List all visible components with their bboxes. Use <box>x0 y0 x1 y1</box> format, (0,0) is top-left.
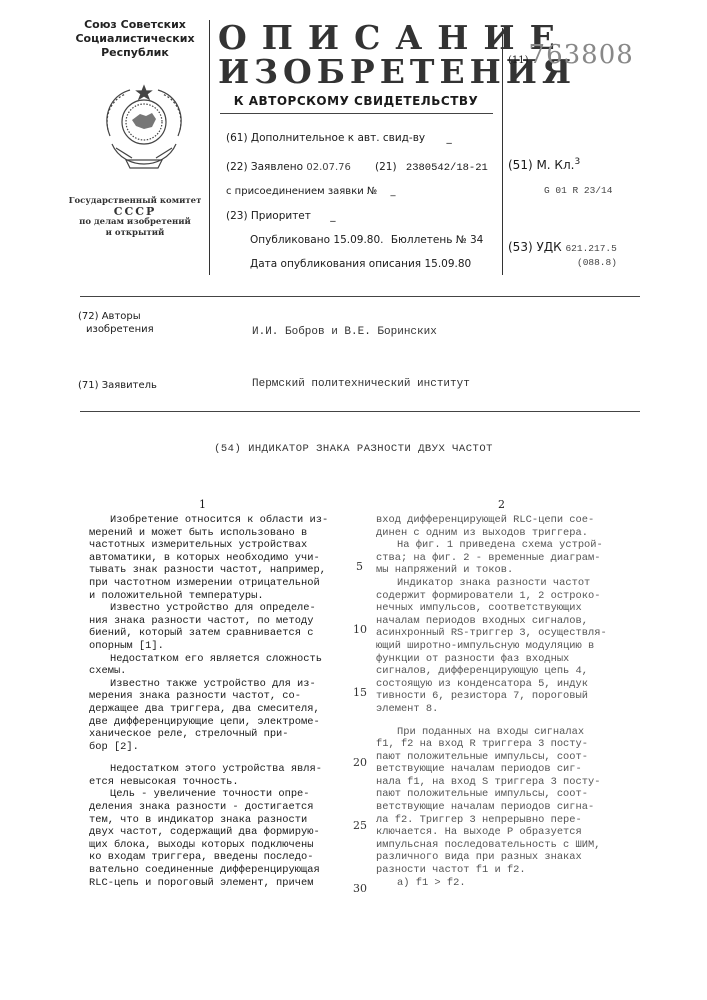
field-22: (22) Заявлено 02.07.76 <box>226 160 351 175</box>
left-line: тем, что в индикатор знака разности <box>89 814 328 827</box>
right-line: На фиг. 1 приведена схема устрой- <box>376 539 607 552</box>
patent-number: (11)763808 <box>508 40 634 70</box>
bulletin-label: Бюллетень № <box>391 234 467 246</box>
union-line-2: Социалистических <box>60 32 210 46</box>
ussr-emblem-icon <box>96 76 192 176</box>
field-51: (51) М. Кл.3 <box>508 155 580 172</box>
right-line: началам периодов входных сигналов, <box>376 615 607 628</box>
left-line: Недостатком этого устройства явля- <box>89 763 328 776</box>
right-line: сигналов, дифференцирующую цепь 4, <box>376 665 607 678</box>
right-line: ветствующие началам периодов сиг- <box>376 763 607 776</box>
field-72-label-line-2: изобретения <box>78 323 154 336</box>
column-number-2: 2 <box>498 498 505 511</box>
left-line <box>89 753 328 763</box>
right-line <box>376 716 607 726</box>
right-line: ющий широтно-импульсную модуляцию в <box>376 640 607 653</box>
joined-application-value: _ <box>391 186 396 197</box>
left-line: биений, который затем сравнивается с <box>89 627 328 640</box>
field-71-label: (71) Заявитель <box>78 379 157 392</box>
joined-application-label: с присоединением заявки № <box>226 186 377 197</box>
field-description-date: Дата опубликования описания 15.09.80 <box>250 257 471 271</box>
line-number-15: 15 <box>353 686 367 699</box>
field-53-value-1: 621.217.5 <box>565 243 616 254</box>
right-line: ла f2. Триггер 3 непрерывно пере- <box>376 814 607 827</box>
subtitle-underline <box>220 113 493 114</box>
left-line: мерения знака разности частот, со- <box>89 690 328 703</box>
right-line: разности частот f1 и f2. <box>376 864 607 877</box>
left-line: двух частот, содержащий два формирую- <box>89 826 328 839</box>
right-line: ветствующие началам периодов сигна- <box>376 801 607 814</box>
right-line: асинхронный RS-триггер 3, осуществля- <box>376 627 607 640</box>
right-line: пают положительные импульсы, соот- <box>376 751 607 764</box>
line-number-5: 5 <box>356 560 363 573</box>
left-line: две дифференцирующие цепи, электроме- <box>89 716 328 729</box>
patent-number-code: (11) <box>508 55 529 66</box>
left-line: ко входам триггера, введены последо- <box>89 851 328 864</box>
left-line: держащее два триггера, два смесителя, <box>89 703 328 716</box>
left-line: Известно устройство для определе- <box>89 602 328 615</box>
left-line: и положительной температуры. <box>89 590 328 603</box>
right-line: ства; на фиг. 2 - временные диаграм- <box>376 552 607 565</box>
field-22-value: 02.07.76 <box>306 162 351 173</box>
document-subtitle: К АВТОРСКОМУ СВИДЕТЕЛЬСТВУ <box>222 94 490 108</box>
left-line: деления знака разности - достигается <box>89 801 328 814</box>
separator-bottom <box>80 411 640 412</box>
union-line-1: Союз Советских <box>60 18 210 32</box>
field-22-label: (22) Заявлено <box>226 161 303 173</box>
union-line-3: Республик <box>60 46 210 60</box>
committee-line-3: по делам изобретений <box>62 217 208 228</box>
line-number-20: 20 <box>353 756 367 769</box>
field-61: (61) Дополнительное к авт. свид-ву _ <box>226 131 452 145</box>
issuing-state: Союз Советских Социалистических Республи… <box>60 18 210 60</box>
field-51-edition: 3 <box>574 157 580 167</box>
patent-number-value: 763808 <box>529 40 634 70</box>
right-line: мы напряжений и токов. <box>376 564 607 577</box>
right-line: а) f1 > f2. <box>376 877 607 890</box>
authors: И.И. Бобров и В.Е. Боринских <box>252 326 437 338</box>
right-line: пают положительные импульсы, соот- <box>376 788 607 801</box>
published-label: Опубликовано <box>250 234 330 246</box>
field-23-label: (23) Приоритет <box>226 210 311 222</box>
field-21: (21) 2380542/18-21 <box>375 160 488 175</box>
field-53-value-2: (088.8) <box>577 257 617 268</box>
right-line: При поданных на входы сигналах <box>376 726 607 739</box>
field-joined-application: с присоединением заявки № _ <box>226 185 396 199</box>
separator-top <box>80 296 640 297</box>
field-53: (53) УДК 621.217.5 <box>508 240 617 256</box>
field-61-label: (61) Дополнительное к авт. свид-ву <box>226 132 425 144</box>
left-line: ния знака разности частот, по методу <box>89 615 328 628</box>
field-51-label: (51) М. Кл. <box>508 158 574 172</box>
field-23-value: _ <box>330 210 335 222</box>
text-column-left: Изобретение относится к области из-мерен… <box>89 514 328 889</box>
left-line: при частотном измерении отрицательной <box>89 577 328 590</box>
text-column-right: вход дифференцирующей RLC-цепи сое-динен… <box>376 514 607 889</box>
right-line: нала f1, на вход S триггера 3 посту- <box>376 776 607 789</box>
right-line: ключается. На выходе P образуется <box>376 826 607 839</box>
line-number-10: 10 <box>353 623 367 636</box>
field-51-value: G 01 R 23/14 <box>544 185 612 196</box>
right-line: вход дифференцирующей RLC-цепи сое- <box>376 514 607 527</box>
left-line: Цель - увеличение точности опре- <box>89 788 328 801</box>
field-61-value: _ <box>446 132 451 144</box>
right-line: элемент 8. <box>376 703 607 716</box>
right-line: тивности 6, резистора 7, пороговый <box>376 690 607 703</box>
left-line: RLC-цепь и пороговый элемент, причем <box>89 877 328 890</box>
left-line: Недостатком его является сложность <box>89 653 328 666</box>
right-line: динен с одним из выходов триггера. <box>376 527 607 540</box>
invention-title: (54) ИНДИКАТОР ЗНАКА РАЗНОСТИ ДВУХ ЧАСТО… <box>0 443 707 455</box>
left-line: Изобретение относится к области из- <box>89 514 328 527</box>
committee-line-4: и открытий <box>62 228 208 239</box>
line-number-30: 30 <box>353 882 367 895</box>
description-date-label: Дата опубликования описания <box>250 258 421 270</box>
right-line: состоящую из конденсатора 5, индук <box>376 678 607 691</box>
right-line: функции от разности фаз входных <box>376 653 607 666</box>
committee-line-2: СССР <box>62 207 208 218</box>
applicant: Пермский политехнический институт <box>252 378 470 390</box>
right-line: Индикатор знака разности частот <box>376 577 607 590</box>
column-number-1: 1 <box>199 498 206 511</box>
left-line: мерений и может быть использовано в <box>89 527 328 540</box>
field-published: Опубликовано 15.09.80. Бюллетень № 34 <box>250 233 483 247</box>
published-date: 15.09.80. <box>333 234 383 246</box>
header-divider-left <box>209 20 210 275</box>
right-line: импульсная последовательность с ШИМ, <box>376 839 607 852</box>
left-line: Известно также устройство для из- <box>89 678 328 691</box>
left-line: автоматики, в которых необходимо учи- <box>89 552 328 565</box>
left-line: схемы. <box>89 665 328 678</box>
left-line: вательно соединенные дифференцирующая <box>89 864 328 877</box>
field-72-label-line-1: (72) Авторы <box>78 310 154 323</box>
issuing-committee: Государственный комитет СССР по делам из… <box>62 196 208 238</box>
left-line: бор [2]. <box>89 741 328 754</box>
field-53-label: (53) УДК <box>508 240 562 254</box>
right-line: содержит формирователи 1, 2 остроко- <box>376 590 607 603</box>
right-line: нечных импульсов, соответствующих <box>376 602 607 615</box>
line-number-25: 25 <box>353 819 367 832</box>
left-line: частотных измерительных устройствах <box>89 539 328 552</box>
field-23: (23) Приоритет _ <box>226 209 335 223</box>
bulletin-number: 34 <box>470 234 483 246</box>
left-line: щих блока, выходы которых подключены <box>89 839 328 852</box>
left-line: ется невысокая точность. <box>89 776 328 789</box>
description-date-value: 15.09.80 <box>424 258 471 270</box>
field-72-label: (72) Авторы изобретения <box>78 310 154 336</box>
left-line: опорным [1]. <box>89 640 328 653</box>
left-line: ханическое реле, стрелочный при- <box>89 728 328 741</box>
left-line: тывать знак разности частот, например, <box>89 564 328 577</box>
right-line: f1, f2 на вход R триггера 3 посту- <box>376 738 607 751</box>
right-line: различного вида при разных знаках <box>376 851 607 864</box>
field-21-value: 2380542/18-21 <box>406 162 488 174</box>
field-21-label: (21) <box>375 161 397 173</box>
